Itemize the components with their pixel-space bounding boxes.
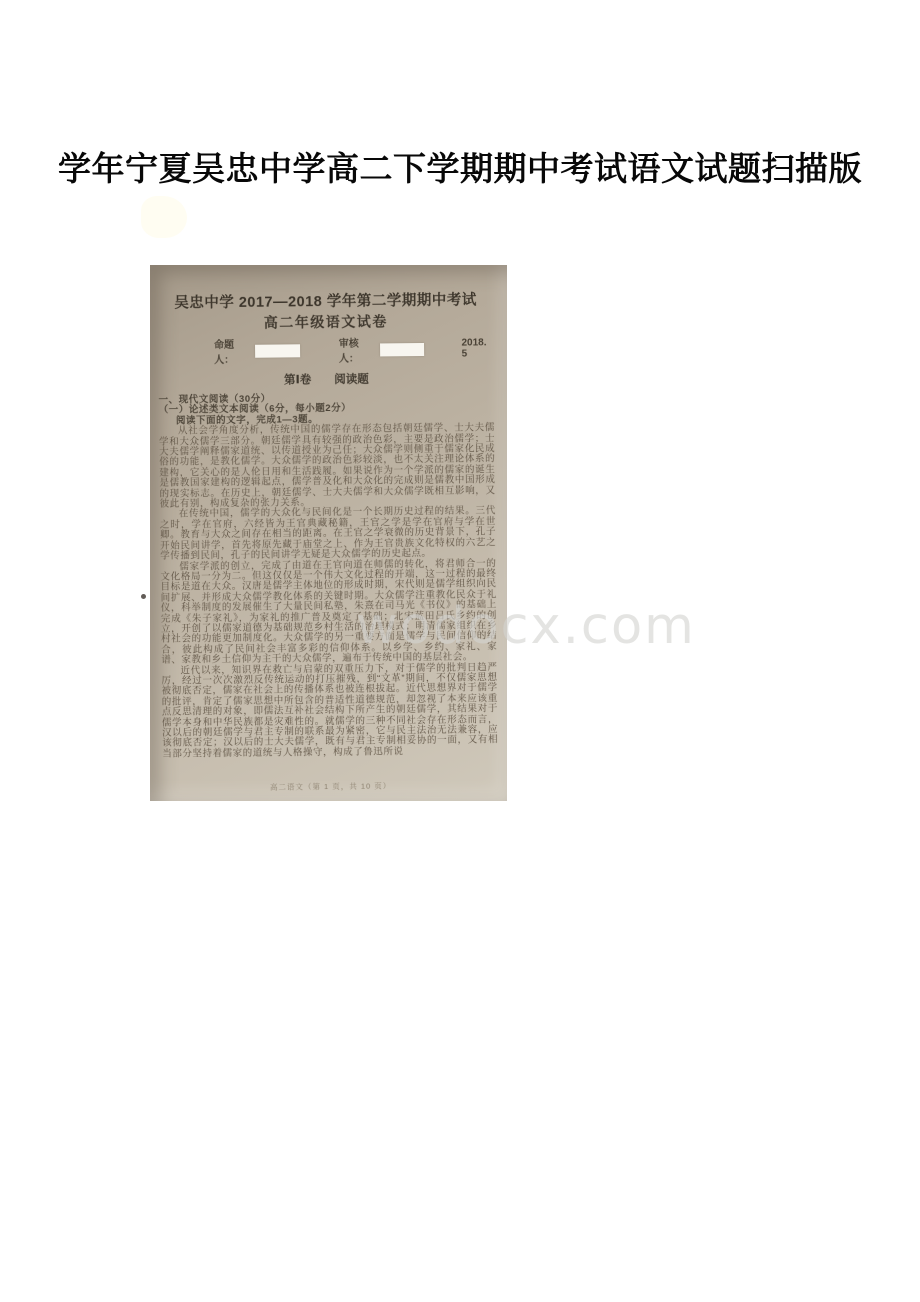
page-title: 学年宁夏吴忠中学高二下学期期中考试语文试题扫描版 [0,143,920,190]
reviewer-fill-box [380,342,425,355]
exam-body-text: 一、现代文阅读（30分） （一）论述类文本阅读（6分，每小题2分） 阅读下面的文… [159,392,499,760]
passage-paragraph: 近代以来，知识界在救亡与启蒙的双重压力下，对于儒学的批判日趋严厉，经过一次次激烈… [161,663,498,760]
passage-paragraph: 儒家学派的创立，完成了由道在王官向道在师儒的转化，将君师合一的文化格局一分为二。… [160,559,497,667]
faint-stain-artifact [141,196,187,238]
passage-paragraph: 从社会学角度分析，传统中国的儒学存在形态包括朝廷儒学、士大夫儒学和大众儒学三部分… [159,423,496,510]
page-number-footer: 高二语文（第 1 页，共 10 页） [163,779,499,794]
scan-speck-artifact [141,594,146,599]
scan-content: 吴忠中学 2017—2018 学年第二学期期中考试 高二年级语文试卷 命题人： … [157,265,499,801]
setter-label: 命题人： [214,336,253,366]
exam-meta-row: 命题人： 审核人： 2018. 5 [158,333,494,367]
exam-date: 2018. 5 [461,337,494,359]
document-page: 学年宁夏吴忠中学高二下学期期中考试语文试题扫描版 吴忠中学 2017—2018 … [0,0,920,1302]
scanned-exam-page: 吴忠中学 2017—2018 学年第二学期期中考试 高二年级语文试卷 命题人： … [150,265,507,801]
exam-title-line1: 吴忠中学 2017—2018 学年第二学期期中考试 [158,292,494,313]
exam-title-line2: 高二年级语文试卷 [158,312,494,332]
setter-fill-box [255,344,300,357]
passage-paragraph: 在传统中国，儒学的大众化与民间化是一个长期历史过程的结果。三代之时，学在官府，六… [160,507,497,563]
volume-title: 第Ⅰ卷 阅读题 [158,371,494,390]
reviewer-label: 审核人： [339,334,378,364]
